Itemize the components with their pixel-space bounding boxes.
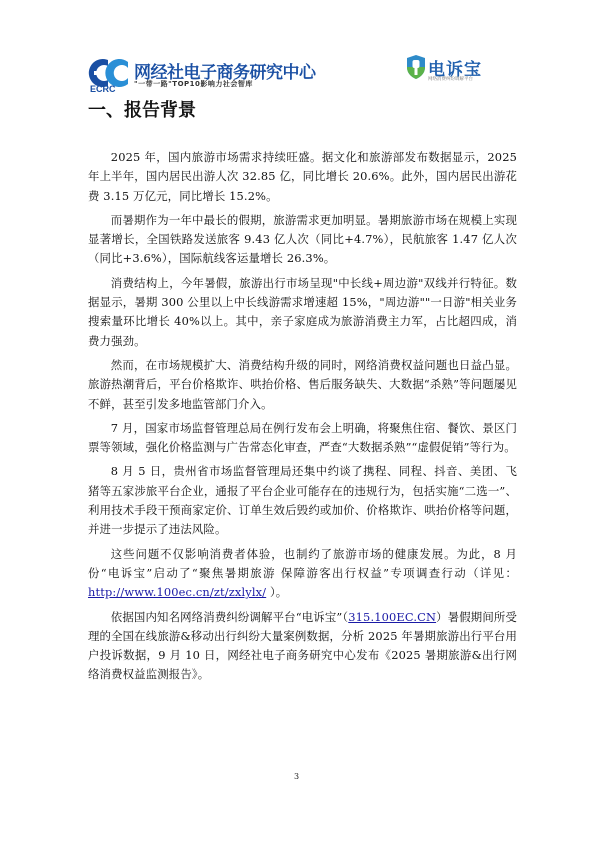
section-title: 一、报告背景 xyxy=(88,96,196,122)
dsb-subtitle: 网络消费纠纷调解平台 xyxy=(428,76,473,82)
page-header: ECRC 网经社电子商务研究中心 "一带一路"TOP10影响力社会智库 电诉宝 … xyxy=(88,54,518,100)
shield-fist-icon xyxy=(406,54,426,80)
paragraph-summer-travel: 而暑期作为一年中最长的假期，旅游需求更加明显。暑期旅游市场在规模上实现显著增长，… xyxy=(88,211,517,269)
paragraph-consumption-structure: 消费结构上，今年暑假，旅游出行市场呈现"中长线+周边游"双线并行特征。数据显示，… xyxy=(88,274,517,351)
ecrc-abbr: ECRC xyxy=(90,84,116,94)
ecrc-tagline: "一带一路"TOP10影响力社会智库 xyxy=(134,79,253,89)
dsb-platform-link[interactable]: 315.100EC.CN xyxy=(348,610,436,624)
text-before-link: 这些问题不仅影响消费者体验，也制约了旅游市场的健康发展。为此，8 月份“电诉宝”… xyxy=(88,547,517,580)
page-number: 3 xyxy=(294,772,299,781)
special-topic-link[interactable]: http://www.100ec.cn/zt/zxlylx/ xyxy=(88,585,266,599)
paragraph-samr-announcement: 7 月，国家市场监督管理总局在例行发布会上明确，将聚焦住宿、餐饮、景区门票等领域… xyxy=(88,419,517,458)
report-body: 2025 年，国内旅游市场需求持续旺盛。据文化和旅游部发布数据显示，2025 年… xyxy=(88,148,517,690)
paragraph-rights-issues: 然而，在市场规模扩大、消费结构升级的同时，网络消费权益问题也日益凸显。旅游热潮背… xyxy=(88,356,517,414)
text-before-link: 依据国内知名网络消费纠纷调解平台“电诉宝”（ xyxy=(111,610,348,624)
text-after-link: ）。 xyxy=(266,585,287,599)
dsb-logo: 电诉宝 网络消费纠纷调解平台 xyxy=(406,54,516,90)
paragraph-domestic-tourism: 2025 年，国内旅游市场需求持续旺盛。据文化和旅游部发布数据显示，2025 年… xyxy=(88,148,517,206)
paragraph-special-investigation: 这些问题不仅影响消费者体验，也制约了旅游市场的健康发展。为此，8 月份“电诉宝”… xyxy=(88,545,517,603)
paragraph-report-release: 依据国内知名网络消费纠纷调解平台“电诉宝”（315.100EC.CN）暑假期间所… xyxy=(88,608,517,685)
paragraph-guizhou-interview: 8 月 5 日，贵州省市场监督管理局还集中约谈了携程、同程、抖音、美团、飞猪等五… xyxy=(88,462,517,539)
